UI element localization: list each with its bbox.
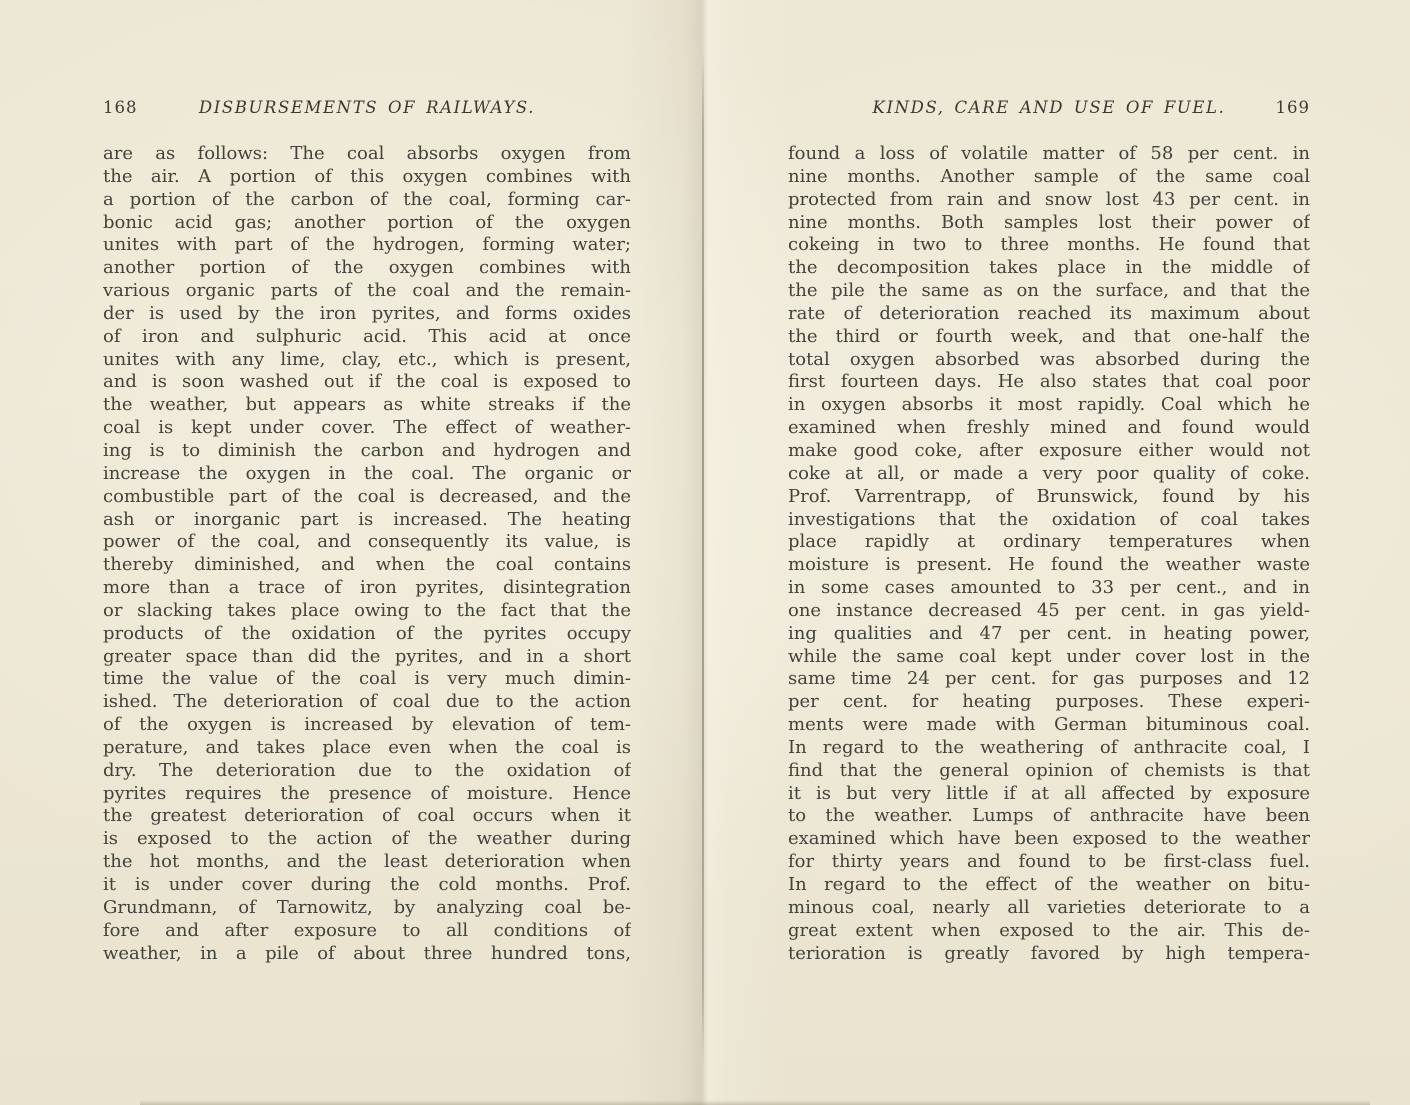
- text-line: products of the oxidation of the pyrites…: [103, 623, 631, 646]
- right-running-title: KINDS, CARE AND USE OF FUEL.: [788, 98, 1310, 117]
- text-line: weather, in a pile of about three hundre…: [103, 943, 631, 966]
- text-line: greater space than did the pyrites, and …: [103, 646, 631, 669]
- text-line: examined which have been exposed to the …: [788, 828, 1310, 851]
- text-line: the pile the same as on the surface, and…: [788, 280, 1310, 303]
- text-line: protected from rain and snow lost 43 per…: [788, 189, 1310, 212]
- book-spine-crease: [702, 48, 704, 1068]
- text-line: the third or fourth week, and that one-h…: [788, 326, 1310, 349]
- text-line: thereby diminished, and when the coal co…: [103, 554, 631, 577]
- book-scan: { "colors": { "paper": "#ece6d3", "ink":…: [0, 0, 1410, 1105]
- text-line: in some cases amounted to 33 per cent., …: [788, 577, 1310, 600]
- text-line: to the weather. Lumps of anthracite have…: [788, 805, 1310, 828]
- text-line: great extent when exposed to the air. Th…: [788, 920, 1310, 943]
- text-line: first fourteen days. He also states that…: [788, 371, 1310, 394]
- text-line: is exposed to the action of the weather …: [103, 828, 631, 851]
- text-line: the air. A portion of this oxygen combin…: [103, 166, 631, 189]
- left-page-header: 168 DISBURSEMENTS OF RAILWAYS.: [103, 98, 631, 120]
- text-line: pyrites requires the presence of moistur…: [103, 783, 631, 806]
- text-line: dry. The deterioration due to the oxidat…: [103, 760, 631, 783]
- text-line: increase the oxygen in the coal. The org…: [103, 463, 631, 486]
- text-line: of iron and sulphuric acid. This acid at…: [103, 326, 631, 349]
- text-line: combustible part of the coal is decrease…: [103, 486, 631, 509]
- text-line: cokeing in two to three months. He found…: [788, 234, 1310, 257]
- text-line: place rapidly at ordinary temperatures w…: [788, 531, 1310, 554]
- text-line: In regard to the weathering of anthracit…: [788, 737, 1310, 760]
- text-line: of the oxygen is increased by elevation …: [103, 714, 631, 737]
- text-line: make good coke, after exposure either wo…: [788, 440, 1310, 463]
- text-line: more than a trace of iron pyrites, disin…: [103, 577, 631, 600]
- left-page: 168 DISBURSEMENTS OF RAILWAYS. are as fo…: [103, 98, 631, 965]
- text-line: ing is to diminish the carbon and hydrog…: [103, 440, 631, 463]
- left-running-title: DISBURSEMENTS OF RAILWAYS.: [103, 98, 631, 117]
- text-line: ash or inorganic part is increased. The …: [103, 509, 631, 532]
- text-line: per cent. for heating purposes. These ex…: [788, 691, 1310, 714]
- right-page-number: 169: [1276, 98, 1311, 117]
- text-line: nine months. Both samples lost their pow…: [788, 212, 1310, 235]
- text-line: Prof. Varrentrapp, of Brunswick, found b…: [788, 486, 1310, 509]
- text-line: found a loss of volatile matter of 58 pe…: [788, 143, 1310, 166]
- text-line: rate of deterioration reached its maximu…: [788, 303, 1310, 326]
- text-line: investigations that the oxidation of coa…: [788, 509, 1310, 532]
- right-page: KINDS, CARE AND USE OF FUEL. 169 found a…: [788, 98, 1310, 965]
- text-line: the hot months, and the least deteriorat…: [103, 851, 631, 874]
- right-page-body: found a loss of volatile matter of 58 pe…: [788, 143, 1310, 965]
- text-line: coal is kept under cover. The effect of …: [103, 417, 631, 440]
- left-page-body: are as follows: The coal absorbs oxygen …: [103, 143, 631, 965]
- text-line: the greatest deterioration of coal occur…: [103, 805, 631, 828]
- text-line: one instance decreased 45 per cent. in g…: [788, 600, 1310, 623]
- text-line: coke at all, or made a very poor quality…: [788, 463, 1310, 486]
- text-line: the weather, but appears as white streak…: [103, 394, 631, 417]
- text-line: examined when freshly mined and found wo…: [788, 417, 1310, 440]
- text-line: der is used by the iron pyrites, and for…: [103, 303, 631, 326]
- text-line: or slacking takes place owing to the fac…: [103, 600, 631, 623]
- text-line: In regard to the effect of the weather o…: [788, 874, 1310, 897]
- text-line: ing qualities and 47 per cent. in heatin…: [788, 623, 1310, 646]
- text-line: time the value of the coal is very much …: [103, 668, 631, 691]
- text-line: terioration is greatly favored by high t…: [788, 943, 1310, 966]
- text-line: various organic parts of the coal and th…: [103, 280, 631, 303]
- text-line: another portion of the oxygen combines w…: [103, 257, 631, 280]
- page-bottom-edge: [140, 1100, 1370, 1105]
- text-line: unites with any lime, clay, etc., which …: [103, 349, 631, 372]
- text-line: bonic acid gas; another portion of the o…: [103, 212, 631, 235]
- text-line: nine months. Another sample of the same …: [788, 166, 1310, 189]
- text-line: same time 24 per cent. for gas purposes …: [788, 668, 1310, 691]
- text-line: in oxygen absorbs it most rapidly. Coal …: [788, 394, 1310, 417]
- text-line: while the same coal kept under cover los…: [788, 646, 1310, 669]
- text-line: power of the coal, and consequently its …: [103, 531, 631, 554]
- text-line: find that the general opinion of chemist…: [788, 760, 1310, 783]
- left-page-number: 168: [103, 98, 138, 117]
- text-line: minous coal, nearly all varieties deteri…: [788, 897, 1310, 920]
- right-page-header: KINDS, CARE AND USE OF FUEL. 169: [788, 98, 1310, 120]
- text-line: it is but very little if at all affected…: [788, 783, 1310, 806]
- text-line: ments were made with German bituminous c…: [788, 714, 1310, 737]
- text-line: a portion of the carbon of the coal, for…: [103, 189, 631, 212]
- text-line: are as follows: The coal absorbs oxygen …: [103, 143, 631, 166]
- text-line: for thirty years and found to be first-c…: [788, 851, 1310, 874]
- text-line: the decomposition takes place in the mid…: [788, 257, 1310, 280]
- text-line: and is soon washed out if the coal is ex…: [103, 371, 631, 394]
- text-line: perature, and takes place even when the …: [103, 737, 631, 760]
- text-line: unites with part of the hydrogen, formin…: [103, 234, 631, 257]
- text-line: Grundmann, of Tarnowitz, by analyzing co…: [103, 897, 631, 920]
- text-line: ished. The deterioration of coal due to …: [103, 691, 631, 714]
- text-line: total oxygen absorbed was absorbed durin…: [788, 349, 1310, 372]
- text-line: fore and after exposure to all condition…: [103, 920, 631, 943]
- text-line: moisture is present. He found the weathe…: [788, 554, 1310, 577]
- text-line: it is under cover during the cold months…: [103, 874, 631, 897]
